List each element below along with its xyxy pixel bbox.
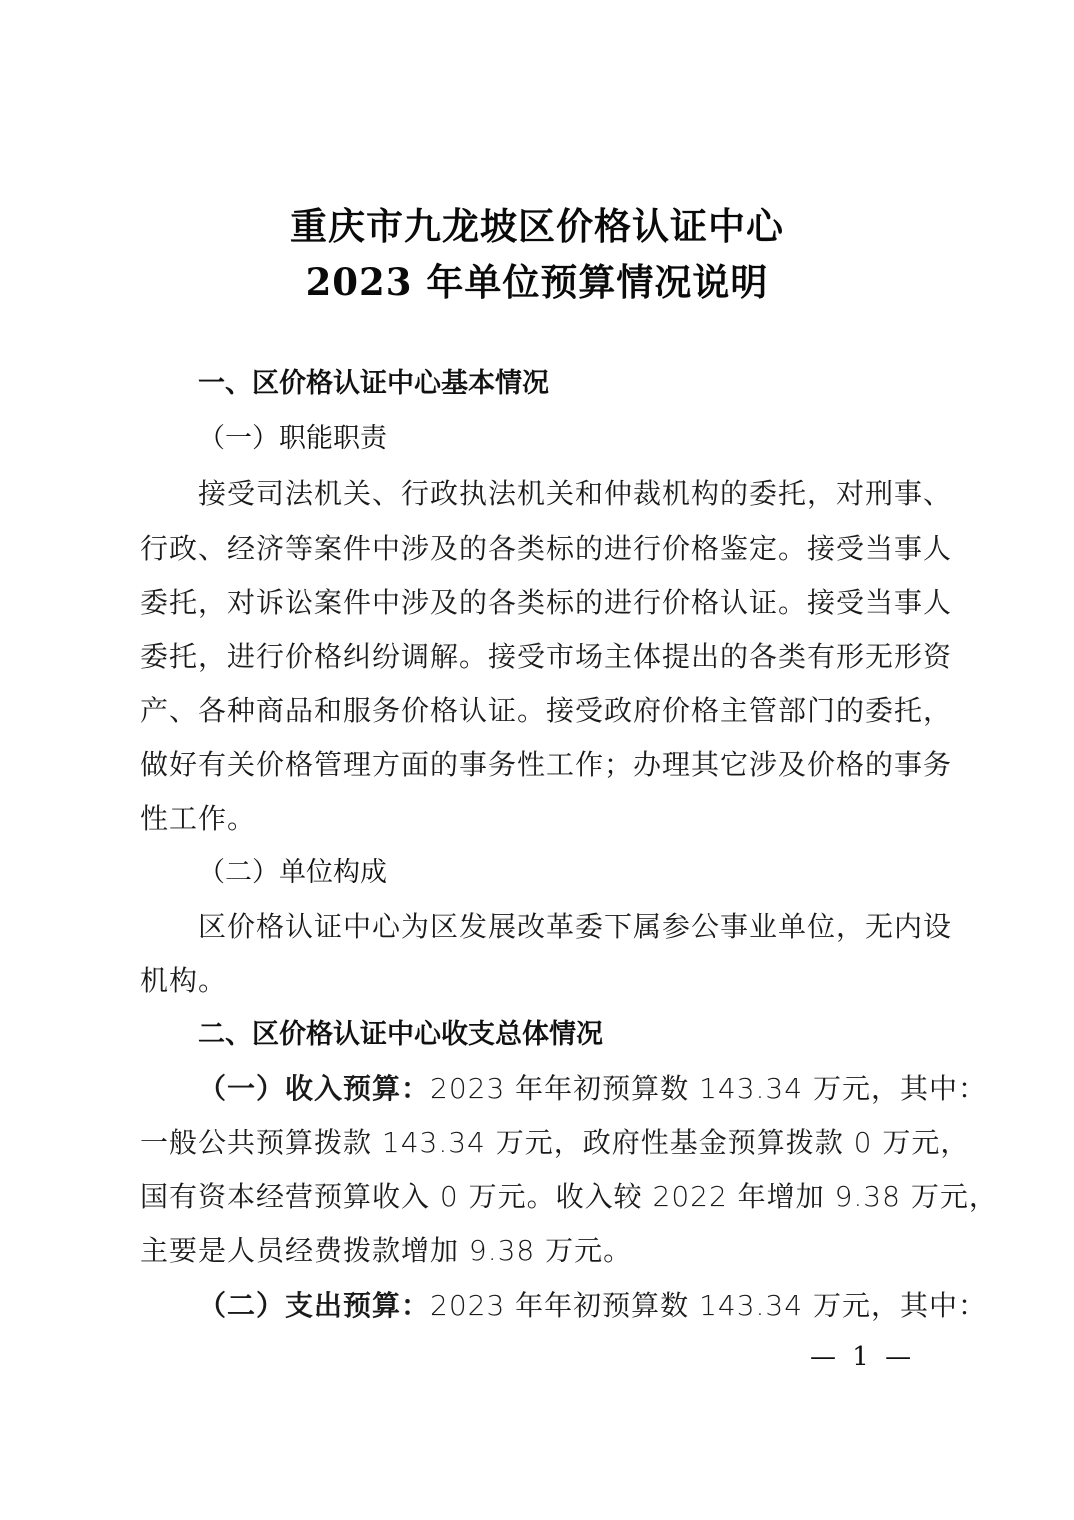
expense-first-line: （二）支出预算：2023 年年初预算数 143.34 万元，其中： xyxy=(198,1289,932,1323)
paragraph-line: 行政、经济等案件中涉及的各类标的进行价格鉴定。接受当事人 xyxy=(140,532,932,566)
paragraph-line: 委托，对诉讼案件中涉及的各类标的进行价格认证。接受当事人 xyxy=(140,586,932,620)
paragraph-line: 做好有关价格管理方面的事务性工作；办理其它涉及价格的事务 xyxy=(140,748,932,782)
expense-label: （二）支出预算： xyxy=(198,1289,430,1323)
paragraph-line: 区价格认证中心为区发展改革委下属参公事业单位，无内设 xyxy=(198,910,932,944)
paragraph-line: 性工作。 xyxy=(140,802,932,836)
paragraph-line: 主要是人员经费拨款增加 9.38 万元。 xyxy=(140,1234,932,1268)
paragraph-line: 产、各种商品和服务价格认证。接受政府价格主管部门的委托， xyxy=(140,694,932,728)
expense-text: 2023 年年初预算数 143.34 万元，其中： xyxy=(430,1289,987,1323)
paragraph-line: 一般公共预算拨款 143.34 万元，政府性基金预算拨款 0 万元， xyxy=(140,1126,932,1160)
section2-heading: 二、区价格认证中心收支总体情况 xyxy=(198,1018,603,1052)
section1-sub1-heading: （一）职能职责 xyxy=(198,422,387,456)
document-page: 重庆市九龙坡区价格认证中心 2023 年单位预算情况说明 一、区价格认证中心基本… xyxy=(0,0,1074,1520)
section1-heading: 一、区价格认证中心基本情况 xyxy=(198,367,549,401)
document-title-line1: 重庆市九龙坡区价格认证中心 xyxy=(0,196,1074,250)
paragraph-line: 委托，进行价格纠纷调解。接受市场主体提出的各类有形无形资 xyxy=(140,640,932,674)
page-number: — 1 — xyxy=(810,1342,915,1372)
paragraph-line: 国有资本经营预算收入 0 万元。收入较 2022 年增加 9.38 万元， xyxy=(140,1180,932,1214)
document-title-line2: 2023 年单位预算情况说明 xyxy=(0,252,1074,306)
paragraph-line: 接受司法机关、行政执法机关和仲裁机构的委托，对刑事、 xyxy=(198,477,932,511)
income-text: 2023 年年初预算数 143.34 万元，其中： xyxy=(430,1072,987,1106)
income-first-line: （一）收入预算：2023 年年初预算数 143.34 万元，其中： xyxy=(198,1072,932,1106)
section1-sub2-heading: （二）单位构成 xyxy=(198,856,387,890)
paragraph-line: 机构。 xyxy=(140,964,932,998)
income-label: （一）收入预算： xyxy=(198,1072,430,1106)
